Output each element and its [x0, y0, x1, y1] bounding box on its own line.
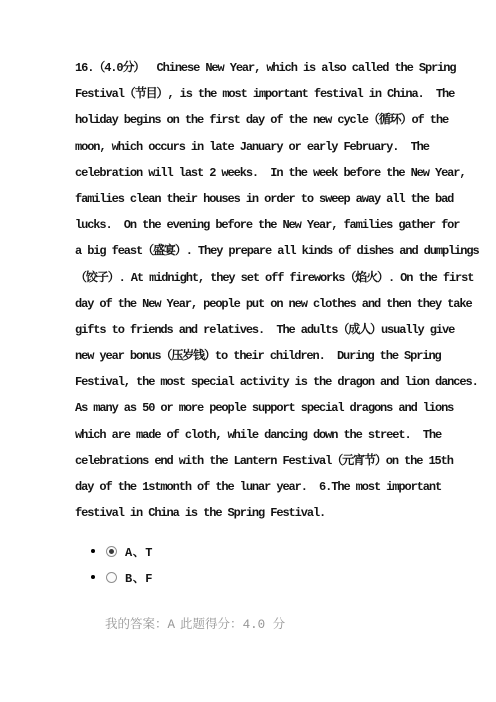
result-line: 我的答案：A此题得分：4.0 分 — [75, 600, 285, 651]
score-value: 4.0 分 — [243, 618, 286, 632]
my-answer-label: 我的答案： — [105, 618, 168, 632]
score-label: 此题得分： — [180, 618, 243, 632]
passage-line: lucks. On the evening before the New Yea… — [75, 212, 475, 238]
passage-line: celebration will last 2 weeks. In the we… — [75, 160, 475, 186]
option-label[interactable]: A、T — [125, 543, 153, 560]
question-passage: 16.（4.0分） Chinese New Year, which is als… — [75, 55, 475, 526]
bullet-icon — [91, 549, 95, 553]
passage-line: Festival, the most special activity is t… — [75, 369, 475, 395]
passage-line: （饺子）. At midnight, they set off firework… — [75, 265, 475, 291]
passage-line: Festival（节目）, is the most important fest… — [75, 81, 475, 107]
passage-line: day of the 1stmonth of the lunar year. 6… — [75, 474, 475, 500]
my-answer-value: A — [168, 618, 176, 632]
radio-unselected-icon[interactable] — [106, 572, 117, 583]
option-item: A、T — [91, 538, 153, 564]
quiz-result-page: 16.（4.0分） Chinese New Year, which is als… — [0, 0, 496, 702]
passage-line: which are made of cloth, while dancing d… — [75, 422, 475, 448]
passage-line: holiday begins on the first day of the n… — [75, 107, 475, 133]
passage-line: day of the New Year, people put on new c… — [75, 291, 475, 317]
passage-line: a big feast（盛宴）. They prepare all kinds … — [75, 238, 475, 264]
passage-line: celebrations end with the Lantern Festiv… — [75, 448, 475, 474]
radio-selected-icon[interactable] — [106, 546, 117, 557]
passage-line: festival in China is the Spring Festival… — [75, 500, 475, 526]
passage-line: 16.（4.0分） Chinese New Year, which is als… — [75, 55, 475, 81]
bullet-icon — [91, 575, 95, 579]
option-item: B、F — [91, 564, 153, 590]
passage-line: new year bonus（压岁钱）to their children. Du… — [75, 343, 475, 369]
passage-line: moon, which occurs in late January or ea… — [75, 134, 475, 160]
answer-options: A、TB、F — [91, 538, 153, 590]
passage-line: As many as 50 or more people support spe… — [75, 395, 475, 421]
passage-line: families clean their houses in order to … — [75, 186, 475, 212]
passage-line: gifts to friends and relatives. The adul… — [75, 317, 475, 343]
option-label[interactable]: B、F — [125, 569, 153, 586]
